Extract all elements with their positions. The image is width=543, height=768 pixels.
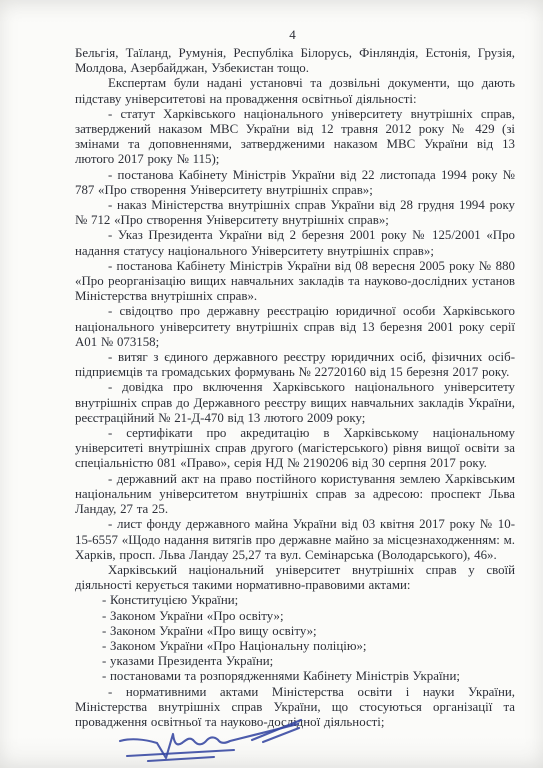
paragraph: - свідоцтво про державну реєстрацію юрид… — [75, 304, 515, 350]
paragraph: - постанова Кабінету Міністрів України в… — [75, 259, 515, 305]
paragraph: - витяг з єдиного державного реєстру юри… — [75, 350, 515, 380]
document-page: 4 Бельгія, Таїланд, Румунія, Республіка … — [0, 0, 543, 768]
paragraph: - Законом України «Про освіту»; — [75, 609, 515, 624]
paragraph: - лист фонду державного майна України ві… — [75, 517, 515, 563]
paragraph: - Законом України «Про Національну поліц… — [75, 639, 515, 654]
signature — [112, 712, 312, 768]
paragraph: - довідка про включення Харківського нац… — [75, 380, 515, 426]
paragraph: - Конституцією України; — [75, 593, 515, 608]
document-body: Бельгія, Таїланд, Румунія, Республіка Бі… — [75, 46, 515, 730]
paragraph: Харківський національний університет вну… — [75, 563, 515, 593]
paragraph: - сертифікати про акредитацію в Харківсь… — [75, 426, 515, 472]
page-number: 4 — [0, 27, 543, 43]
paragraph: - постанова Кабінету Міністрів України в… — [75, 168, 515, 198]
paragraph: - постановами та розпорядженнями Кабінет… — [75, 669, 515, 684]
paragraph: - статут Харківського національного унів… — [75, 107, 515, 168]
paragraph: - Указ Президента України від 2 березня … — [75, 228, 515, 258]
paragraph: - Законом України «Про вищу освіту»; — [75, 624, 515, 639]
paragraph: Бельгія, Таїланд, Румунія, Республіка Бі… — [75, 46, 515, 76]
paragraph: - державний акт на право постійного кори… — [75, 472, 515, 518]
paragraph: - наказ Міністерства внутрішніх справ Ук… — [75, 198, 515, 228]
paragraph: - указами Президента України; — [75, 654, 515, 669]
paragraph: Експертам були надані установчі та дозві… — [75, 76, 515, 106]
